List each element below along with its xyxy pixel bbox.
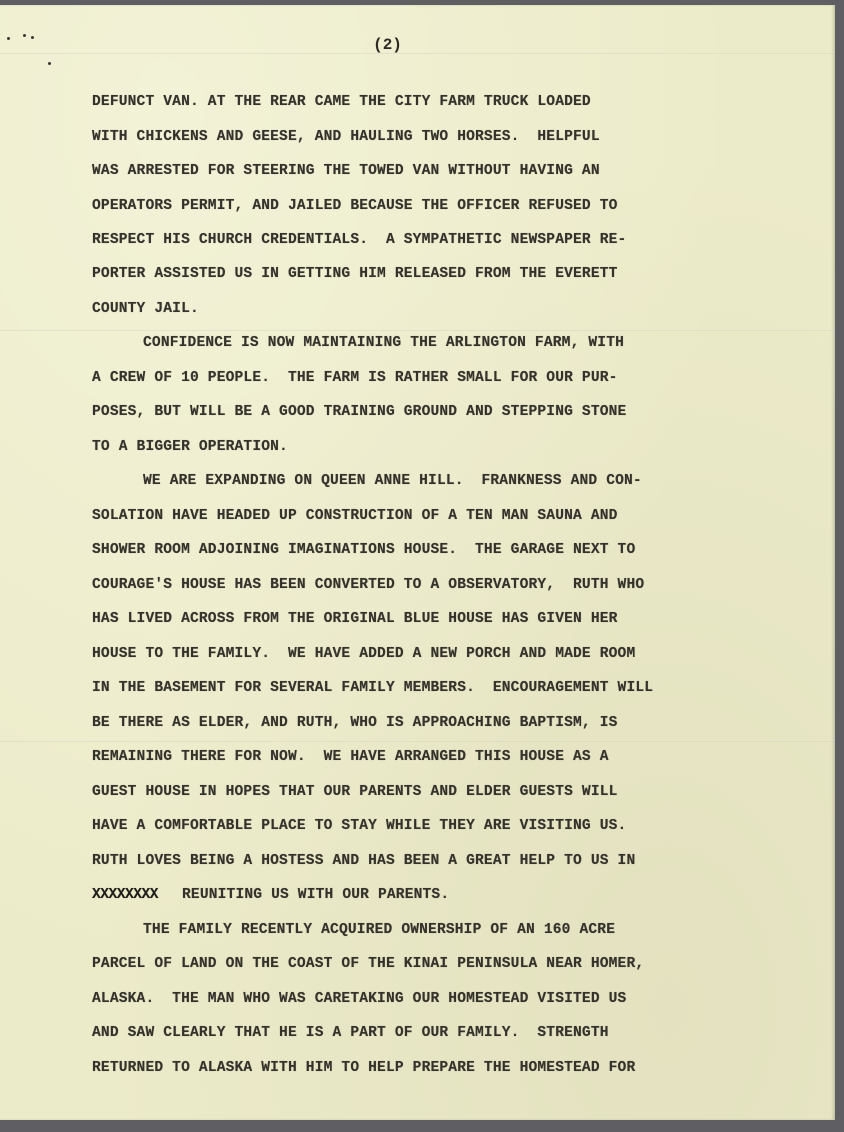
text-line: RESPECT HIS CHURCH CREDENTIALS. A SYMPAT… — [92, 232, 626, 248]
text-line: HAVE A COMFORTABLE PLACE TO STAY WHILE T… — [92, 818, 626, 834]
text-line: THE FAMILY RECENTLY ACQUIRED OWNERSHIP O… — [143, 922, 615, 938]
text-line: CONFIDENCE IS NOW MAINTAINING THE ARLING… — [143, 335, 624, 351]
text-line: HAS LIVED ACROSS FROM THE ORIGINAL BLUE … — [92, 611, 618, 627]
text-line: BE THERE AS ELDER, AND RUTH, WHO IS APPR… — [92, 715, 618, 731]
text-line: AND SAW CLEARLY THAT HE IS A PART OF OUR… — [92, 1025, 609, 1041]
paper-fold — [0, 740, 835, 742]
page-number: (2) — [0, 36, 775, 54]
text-line: WAS ARRESTED FOR STEERING THE TOWED VAN … — [92, 163, 600, 179]
text-line: PARCEL OF LAND ON THE COAST OF THE KINAI… — [92, 956, 644, 972]
text-line: SOLATION HAVE HEADED UP CONSTRUCTION OF … — [92, 508, 618, 524]
text-line: HOUSE TO THE FAMILY. WE HAVE ADDED A NEW… — [92, 646, 635, 662]
text-line: ALASKA. THE MAN WHO WAS CARETAKING OUR H… — [92, 991, 626, 1007]
text-line: SHOWER ROOM ADJOINING IMAGINATIONS HOUSE… — [92, 542, 635, 558]
text-line: RUTH LOVES BEING A HOSTESS AND HAS BEEN … — [92, 853, 635, 869]
text-line: WITH CHICKENS AND GEESE, AND HAULING TWO… — [92, 129, 600, 145]
text-line: REUNITING US WITH OUR PARENTS. — [182, 887, 449, 903]
text-line: RETURNED TO ALASKA WITH HIM TO HELP PREP… — [92, 1060, 635, 1076]
text-line: COURAGE'S HOUSE HAS BEEN CONVERTED TO A … — [92, 577, 644, 593]
text-line: POSES, BUT WILL BE A GOOD TRAINING GROUN… — [92, 404, 626, 420]
text-line: A CREW OF 10 PEOPLE. THE FARM IS RATHER … — [92, 370, 618, 386]
text-line: COUNTY JAIL. — [92, 301, 199, 317]
paper-fold — [0, 329, 835, 331]
text-line: OPERATORS PERMIT, AND JAILED BECAUSE THE… — [92, 198, 618, 214]
text-line: REMAINING THERE FOR NOW. WE HAVE ARRANGE… — [92, 749, 609, 765]
text-line: TO A BIGGER OPERATION. — [92, 439, 288, 455]
text-line: DEFUNCT VAN. AT THE REAR CAME THE CITY F… — [92, 94, 591, 110]
text-line: WE ARE EXPANDING ON QUEEN ANNE HILL. FRA… — [143, 473, 642, 489]
struck-out-text: XXXXXXXX — [92, 887, 158, 903]
ink-speck — [48, 62, 51, 65]
text-line: PORTER ASSISTED US IN GETTING HIM RELEAS… — [92, 266, 618, 282]
text-line: IN THE BASEMENT FOR SEVERAL FAMILY MEMBE… — [92, 680, 653, 696]
text-line: GUEST HOUSE IN HOPES THAT OUR PARENTS AN… — [92, 784, 618, 800]
